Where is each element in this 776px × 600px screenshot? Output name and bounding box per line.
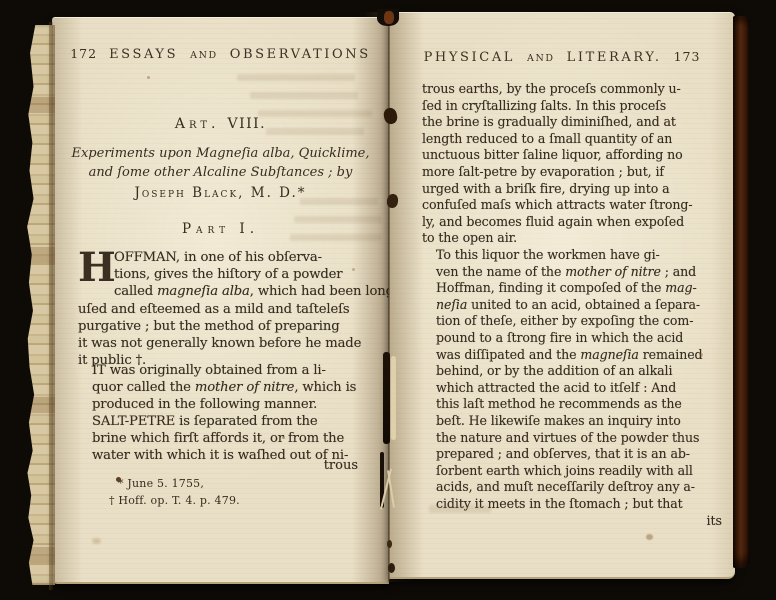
leather-cover-edge	[733, 16, 750, 568]
bleedthrough-line	[250, 92, 358, 99]
running-title-and: AND	[527, 53, 555, 64]
spine-leather-spot	[384, 11, 394, 24]
paragraph-lines: IT was originally obtained from a li-quo…	[78, 362, 358, 414]
book-photograph: 172 ESSAYS AND OBSERVATIONS Art.VIII. Ex…	[0, 0, 776, 600]
left-page: 172 ESSAYS AND OBSERVATIONS Art.VIII. Ex…	[52, 17, 389, 584]
paragraph-lines: SALT-PETRE is ſeparated from thebrine wh…	[78, 413, 358, 465]
binding-slit-highlight	[391, 356, 396, 440]
foxing-spot	[599, 103, 602, 106]
foxing-spot	[699, 353, 703, 357]
gutter-crease	[388, 12, 390, 582]
foxing-spot	[147, 76, 150, 79]
paragraph-lines: To this liquor the workmen have gi-ven t…	[422, 247, 722, 513]
foxing-spot	[92, 538, 101, 544]
body-paragraph: IT was originally obtained from a li-quo…	[78, 362, 358, 414]
author-line: Joseph Black, M. D.*	[52, 185, 389, 201]
foxing-spot	[352, 268, 355, 271]
foxing-spot	[559, 473, 562, 476]
left-running-header: 172 ESSAYS AND OBSERVATIONS	[52, 46, 389, 62]
left-page-number: 172	[70, 46, 97, 61]
foxing-spot	[646, 534, 653, 540]
foxing-spot	[116, 477, 121, 482]
catchword: trous	[78, 458, 358, 473]
footnote: * June 5. 1755,	[118, 477, 204, 490]
article-numeral: VIII.	[227, 116, 266, 132]
bleedthrough-line	[237, 74, 355, 81]
body-paragraph: H OFFMAN, in one of his obſerva-tions, g…	[78, 249, 358, 369]
body-paragraph: SALT-PETRE is ſeparated from thebrine wh…	[78, 413, 358, 465]
article-heading: Art.VIII.	[52, 116, 389, 132]
running-title-word: PHYSICAL	[424, 50, 515, 65]
right-running-header: PHYSICAL AND LITERARY. 173	[389, 49, 735, 65]
body-paragraph: trous earths, by the proceſs commonly u-…	[422, 81, 722, 247]
foxing-spot	[282, 436, 285, 439]
right-page-number: 173	[674, 49, 701, 64]
catchword: its	[422, 513, 722, 528]
article-title-lines: Experiments upon Magneſia alba, Quicklim…	[52, 144, 389, 182]
part-heading: Part I.	[52, 221, 389, 237]
stitch-mark	[388, 563, 395, 573]
binding-slit	[383, 352, 390, 444]
footnote: † Hoff. op. T. 4. p. 479.	[109, 494, 240, 507]
paragraph-lines: trous earths, by the proceſs commonly u-…	[422, 81, 722, 247]
right-page: PHYSICAL AND LITERARY. 173 trous earths,…	[389, 12, 735, 579]
article-title: Experiments upon Magneſia alba, Quicklim…	[52, 144, 389, 201]
deckle-edge-shadow	[49, 22, 53, 590]
running-title-word: LITERARY.	[567, 50, 662, 65]
drop-cap: H	[78, 251, 107, 284]
article-label: Art.	[175, 116, 220, 132]
bleedthrough-line	[429, 505, 491, 513]
running-title-word: ESSAYS	[109, 47, 178, 62]
running-title-and: AND	[190, 50, 218, 61]
body-paragraph: To this liquor the workmen have gi-ven t…	[422, 247, 722, 513]
stitch-mark	[387, 540, 392, 548]
running-title-word: OBSERVATIONS	[230, 47, 371, 62]
paragraph-lines: OFFMAN, in one of his obſerva-tions, giv…	[78, 249, 358, 369]
